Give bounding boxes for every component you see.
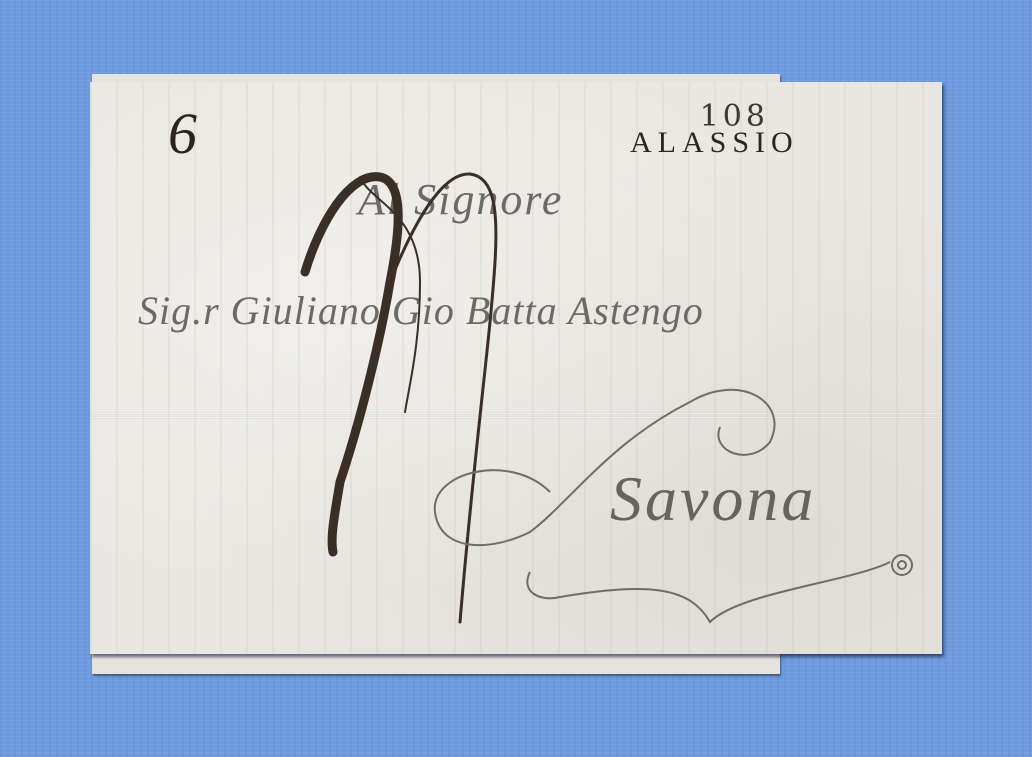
large-ink-mark bbox=[305, 174, 496, 622]
ink-flourishes bbox=[90, 82, 942, 654]
destination-flourish bbox=[435, 390, 912, 622]
letter-cover: 6 108 ALASSIO Al Signore Sig.r Giuliano … bbox=[90, 82, 942, 654]
